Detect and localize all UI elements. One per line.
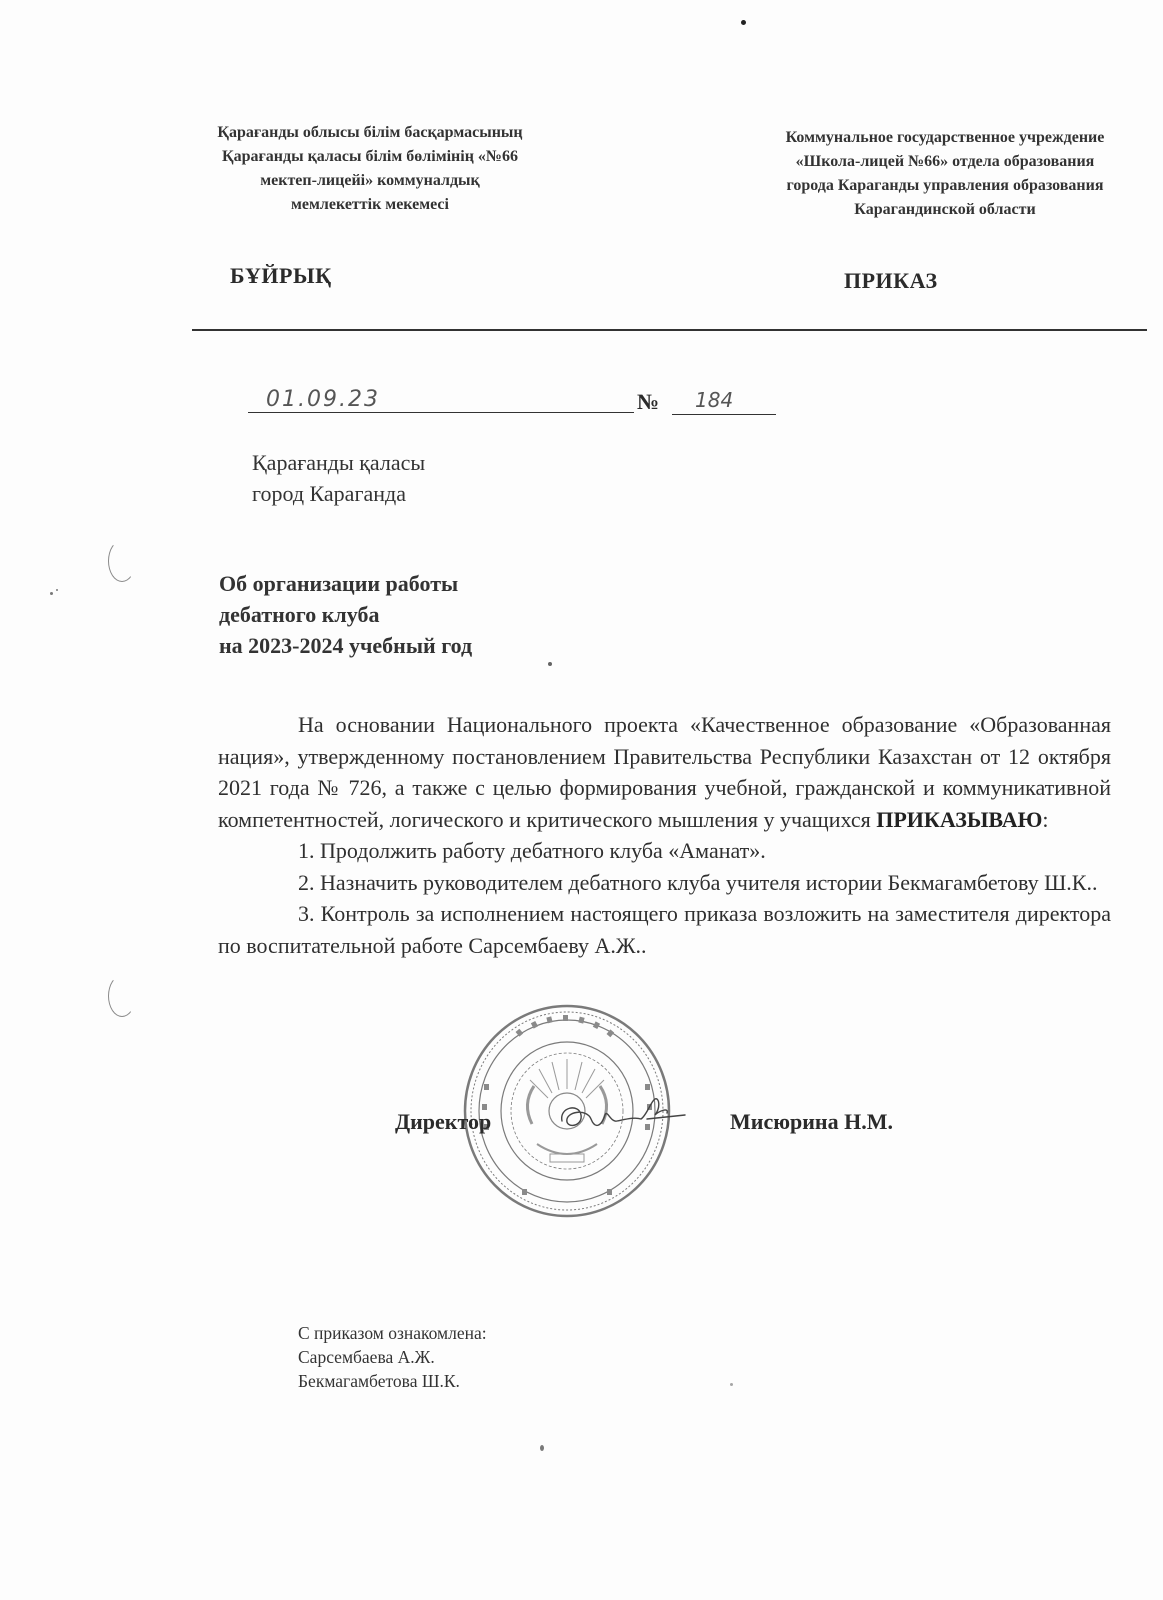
city-block: Қарағанды қаласы город Караганда xyxy=(252,447,425,509)
number-sign: № xyxy=(637,389,659,415)
order-subject: Об организации работы дебатного клуба на… xyxy=(219,568,472,661)
order-suffix: : xyxy=(1042,807,1048,832)
header-kazakh-line: мектеп-лицейі» коммуналдық xyxy=(170,169,570,193)
order-item: 2. Назначить руководителем дебатного клу… xyxy=(218,867,1111,899)
scan-speck xyxy=(730,1383,733,1386)
date-underline xyxy=(248,412,634,413)
hole-punch-mark xyxy=(108,975,136,1017)
hole-punch-mark xyxy=(108,540,136,582)
order-number: 184 xyxy=(695,388,733,412)
acknowledged-person: Сарсембаева А.Ж. xyxy=(298,1345,487,1369)
acknowledgement-heading: С приказом ознакомлена: xyxy=(298,1321,487,1345)
scan-speck xyxy=(50,592,53,595)
handwritten-signature-icon xyxy=(557,1093,687,1143)
scan-speck xyxy=(540,1445,544,1451)
acknowledgement-block: С приказом ознакомлена: Сарсембаева А.Ж.… xyxy=(298,1321,487,1393)
subject-line: на 2023-2024 учебный год xyxy=(219,630,472,661)
header-divider xyxy=(192,329,1147,331)
header-kazakh-line: мемлекеттік мекемесі xyxy=(170,193,570,217)
header-kazakh-line: Қарағанды облысы білім басқармасының xyxy=(170,121,570,145)
order-item: 3. Контроль за исполнением настоящего пр… xyxy=(218,898,1111,961)
header-kazakh: Қарағанды облысы білім басқармасының Қар… xyxy=(170,121,570,217)
scan-speck xyxy=(741,20,746,25)
order-date: 01.09.23 xyxy=(266,387,380,412)
city-kazakh: Қарағанды қаласы xyxy=(252,447,425,478)
order-body: На основании Национального проекта «Каче… xyxy=(218,709,1111,961)
doc-type-russian: ПРИКАЗ xyxy=(844,268,938,294)
header-kazakh-line: Қарағанды қаласы білім бөлімінің «№66 xyxy=(170,145,570,169)
header-russian-line: города Караганды управления образования xyxy=(745,174,1145,198)
header-russian-line: Коммунальное государственное учреждение xyxy=(745,126,1145,150)
signatory-name: Мисюрина Н.М. xyxy=(730,1109,893,1135)
order-word: ПРИКАЗЫВАЮ xyxy=(876,807,1042,832)
subject-line: Об организации работы xyxy=(219,568,472,599)
city-russian: город Караганда xyxy=(252,478,425,509)
doc-type-kazakh: БҰЙРЫҚ xyxy=(230,263,332,289)
header-russian: Коммунальное государственное учреждение … xyxy=(745,126,1145,222)
subject-line: дебатного клуба xyxy=(219,599,472,630)
order-item: 1. Продолжить работу дебатного клуба «Ам… xyxy=(218,835,1111,867)
header-russian-line: Карагандинской области xyxy=(745,198,1145,222)
header-russian-line: «Школа-лицей №66» отдела образования xyxy=(745,150,1145,174)
scan-speck xyxy=(56,589,58,591)
number-underline xyxy=(672,414,776,415)
signature-title: Директор xyxy=(395,1109,491,1135)
acknowledged-person: Бекмагамбетова Ш.К. xyxy=(298,1369,487,1393)
scan-speck xyxy=(548,662,552,666)
preamble-paragraph: На основании Национального проекта «Каче… xyxy=(218,709,1111,835)
